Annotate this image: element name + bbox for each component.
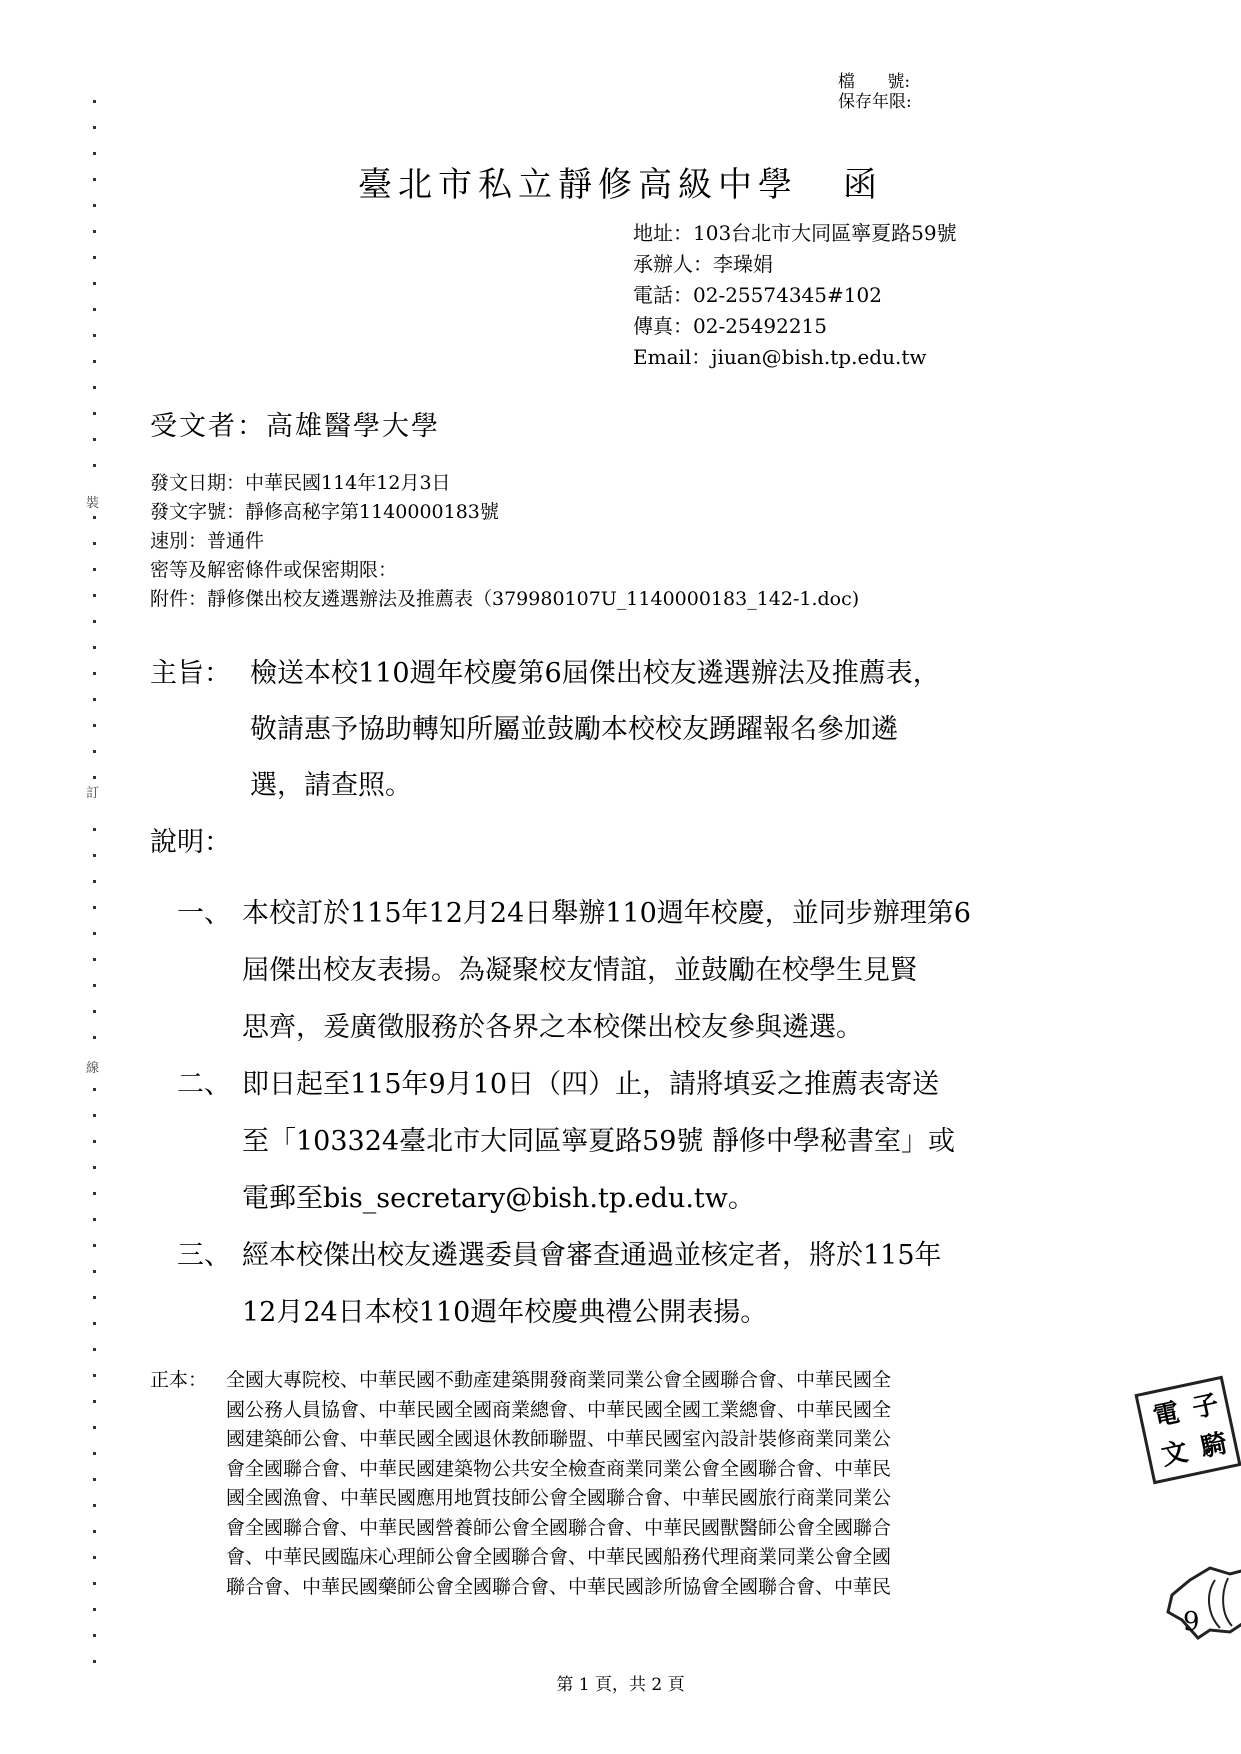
binding-dot	[93, 698, 96, 701]
binding-dot	[93, 230, 96, 233]
item-line: 經本校傑出校友遴選委員會審查通過並核定者，將於115年	[242, 1227, 971, 1284]
binding-dot	[93, 1634, 96, 1637]
item-line: 即日起至115年9月10日（四）止，請將填妥之推薦表寄送	[242, 1056, 971, 1113]
attachment: 附件：靜修傑出校友遴選辦法及推薦表（379980107U_1140000183_…	[150, 585, 859, 614]
binding-mark: 線	[86, 1057, 99, 1076]
binding-dot	[93, 1504, 96, 1507]
organization-name: 臺北市私立靜修高級中學	[358, 157, 798, 206]
binding-dot	[93, 516, 96, 519]
binding-dot	[93, 620, 96, 623]
document-title: 臺北市私立靜修高級中學函	[0, 157, 1241, 206]
binding-dot	[93, 854, 96, 857]
binding-dot	[93, 1166, 96, 1169]
binding-dot	[93, 100, 96, 103]
binding-dot	[93, 984, 96, 987]
binding-dot	[93, 152, 96, 155]
binding-dot	[93, 1348, 96, 1351]
cc-line: 國全國漁會、中華民國應用地質技師公會全國聯合會、中華民國旅行商業同業公	[226, 1484, 891, 1514]
handler: 承辦人：李璪娟	[633, 249, 957, 280]
binding-dot	[93, 386, 96, 389]
binding-dot	[93, 1296, 96, 1299]
binding-dot	[93, 1426, 96, 1429]
binding-dot	[93, 1478, 96, 1481]
item-line: 電郵至bis_secretary@bish.tp.edu.tw。	[242, 1170, 971, 1227]
binding-dot	[93, 1400, 96, 1403]
page-footer: 第 1 頁，共 2 頁	[0, 1670, 1241, 1695]
binding-dot	[93, 1556, 96, 1559]
item-number: 一、	[177, 885, 231, 942]
binding-dot	[93, 958, 96, 961]
explanation-item: 二、 即日起至115年9月10日（四）止，請將填妥之推薦表寄送 至「103324…	[177, 1056, 971, 1227]
binding-dot	[93, 1010, 96, 1013]
binding-dot	[93, 1270, 96, 1273]
cc-line: 國公務人員協會、中華民國全國商業總會、中華民國全國工業總會、中華民國全	[226, 1396, 891, 1426]
binding-dot	[93, 672, 96, 675]
cc-line: 聯合會、中華民國藥師公會全國聯合會、中華民國診所協會全國聯合會、中華民	[226, 1573, 891, 1603]
document-meta: 發文日期：中華民國114年12月3日 發文字號：靜修高秘字第1140000183…	[150, 469, 859, 614]
explanation-label: 說明：	[150, 820, 231, 859]
item-line: 至「103324臺北市大同區寧夏路59號 靜修中學秘書室」或	[242, 1113, 971, 1170]
binding-dot	[93, 724, 96, 727]
binding-dot	[93, 932, 96, 935]
subject-label: 主旨：	[150, 646, 231, 702]
contact-block: 地址：103台北市大同區寧夏路59號 承辦人：李璪娟 電話：02-2557434…	[633, 218, 957, 373]
binding-dot	[93, 360, 96, 363]
item-line: 思齊，爰廣徵服務於各界之本校傑出校友參與遴選。	[242, 999, 971, 1056]
binding-dot	[93, 1530, 96, 1533]
binding-dot	[93, 1660, 96, 1663]
binding-dot	[93, 1452, 96, 1455]
binding-dot	[93, 1244, 96, 1247]
binding-margin: 裝訂線	[88, 100, 102, 1670]
binding-dot	[93, 334, 96, 337]
cc-label: 正本：	[150, 1366, 207, 1396]
confidentiality: 密等及解密條件或保密期限：	[150, 556, 859, 585]
filing-info: 檔 號: 保存年限:	[838, 72, 912, 112]
binding-dot	[93, 1218, 96, 1221]
binding-dot	[93, 880, 96, 883]
cc-section: 正本： 全國大專院校、中華民國不動產建築開發商業同業公會全國聯合會、中華民國全 …	[150, 1366, 891, 1602]
binding-dot	[93, 308, 96, 311]
seal-number: 9	[1183, 1607, 1200, 1637]
cc-line: 會全國聯合會、中華民國建築物公共安全檢查商業同業公會全國聯合會、中華民	[226, 1455, 891, 1485]
subject-line: 檢送本校110週年校慶第6屆傑出校友遴選辦法及推薦表，	[250, 646, 1100, 702]
explanation-items: 一、 本校訂於115年12月24日舉辦110週年校慶，並同步辦理第6 屆傑出校友…	[177, 885, 971, 1341]
file-number-label: 檔 號:	[838, 72, 912, 92]
binding-dot	[93, 542, 96, 545]
phone: 電話：02-25574345#102	[633, 280, 957, 311]
cc-line: 國建築師公會、中華民國全國退休教師聯盟、中華民國室內設計裝修商業同業公	[226, 1425, 891, 1455]
explanation-item: 一、 本校訂於115年12月24日舉辦110週年校慶，並同步辦理第6 屆傑出校友…	[177, 885, 971, 1056]
binding-dot	[93, 646, 96, 649]
binding-dot	[93, 594, 96, 597]
delivery-speed: 速別：普通件	[150, 527, 859, 556]
document-type: 函	[843, 157, 883, 206]
subject-line: 選，請查照。	[250, 758, 1100, 814]
binding-dot	[93, 750, 96, 753]
binding-dot	[93, 412, 96, 415]
binding-mark: 訂	[86, 782, 99, 801]
binding-dot	[93, 1036, 96, 1039]
retention-period-label: 保存年限:	[838, 92, 912, 112]
binding-dot	[93, 438, 96, 441]
electronic-exchange-stamp: 電 子 文 騎	[1143, 1384, 1241, 1484]
binding-dot	[93, 1608, 96, 1611]
binding-dot	[93, 906, 96, 909]
binding-dot	[93, 1322, 96, 1325]
item-line: 12月24日本校110週年校慶典禮公開表揚。	[242, 1284, 971, 1341]
taiwan-seal-icon	[1160, 1560, 1241, 1640]
item-number: 三、	[177, 1227, 231, 1284]
binding-dot	[93, 1582, 96, 1585]
binding-dot	[93, 1140, 96, 1143]
binding-dot	[93, 1192, 96, 1195]
stamp-char: 騎	[1190, 1422, 1237, 1469]
binding-dot	[93, 1374, 96, 1377]
binding-dot	[93, 568, 96, 571]
issue-date: 發文日期：中華民國114年12月3日	[150, 469, 859, 498]
item-number: 二、	[177, 1056, 231, 1113]
item-line: 屆傑出校友表揚。為凝聚校友情誼，並鼓勵在校學生見賢	[242, 942, 971, 999]
cc-line: 全國大專院校、中華民國不動產建築開發商業同業公會全國聯合會、中華民國全	[226, 1366, 891, 1396]
binding-dot	[93, 256, 96, 259]
binding-dot	[93, 776, 96, 779]
binding-dot	[93, 1114, 96, 1117]
binding-dot	[93, 464, 96, 467]
email: Email：jiuan@bish.tp.edu.tw	[633, 342, 957, 373]
fax: 傳真：02-25492215	[633, 311, 957, 342]
binding-dot	[93, 828, 96, 831]
binding-mark: 裝	[86, 492, 99, 511]
explanation-item: 三、 經本校傑出校友遴選委員會審查通過並核定者，將於115年 12月24日本校1…	[177, 1227, 971, 1341]
binding-dot	[93, 282, 96, 285]
binding-dot	[93, 126, 96, 129]
subject-line: 敬請惠予協助轉知所屬並鼓勵本校校友踴躍報名參加遴	[250, 702, 1100, 758]
subject-section: 主旨： 檢送本校110週年校慶第6屆傑出校友遴選辦法及推薦表， 敬請惠予協助轉知…	[150, 646, 1100, 814]
cc-line: 會、中華民國臨床心理師公會全國聯合會、中華民國船務代理商業同業公會全國	[226, 1543, 891, 1573]
address: 地址：103台北市大同區寧夏路59號	[633, 218, 957, 249]
recipient: 受文者：高雄醫學大學	[150, 404, 440, 443]
document-number: 發文字號：靜修高秘字第1140000183號	[150, 498, 859, 527]
cc-line: 會全國聯合會、中華民國營養師公會全國聯合會、中華民國獸醫師公會全國聯合	[226, 1514, 891, 1544]
item-line: 本校訂於115年12月24日舉辦110週年校慶，並同步辦理第6	[242, 885, 971, 942]
binding-dot	[93, 1088, 96, 1091]
